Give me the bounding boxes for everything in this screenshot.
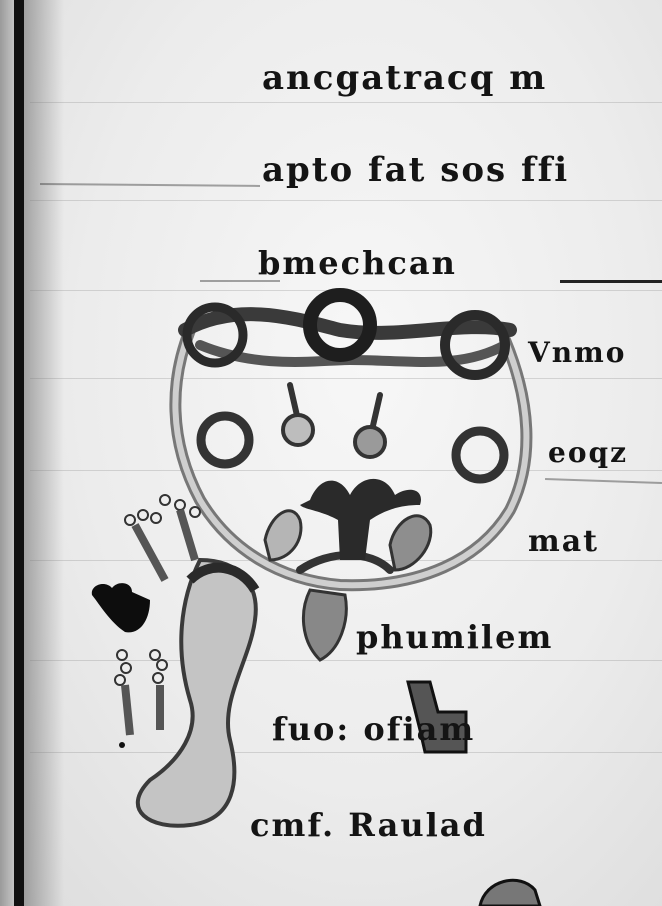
beast-head-left [265,511,301,560]
text-line-7: phumilem [356,618,553,656]
black-trefoil [92,583,150,632]
text-line-5: eoqz [548,436,628,469]
text-line-6: mat [528,524,599,559]
text-line-3: bmechcan [258,244,457,282]
text-line-4: Vnmo [528,336,626,369]
partial-ornament-bottom [480,880,540,906]
text-line-9: cmf. Raulad [250,806,487,844]
text-line-1: ancgatracq m [262,58,547,98]
text-line-8: fuo: ofiam [272,710,475,748]
creature-eye [119,742,125,748]
pendant-ornament [303,590,346,660]
text-line-2: apto fat sos ffi [262,150,569,190]
manuscript-photo: ancgatracq m apto fat sos ffi bmechcan V… [0,0,662,906]
beast-head-right [390,516,431,570]
